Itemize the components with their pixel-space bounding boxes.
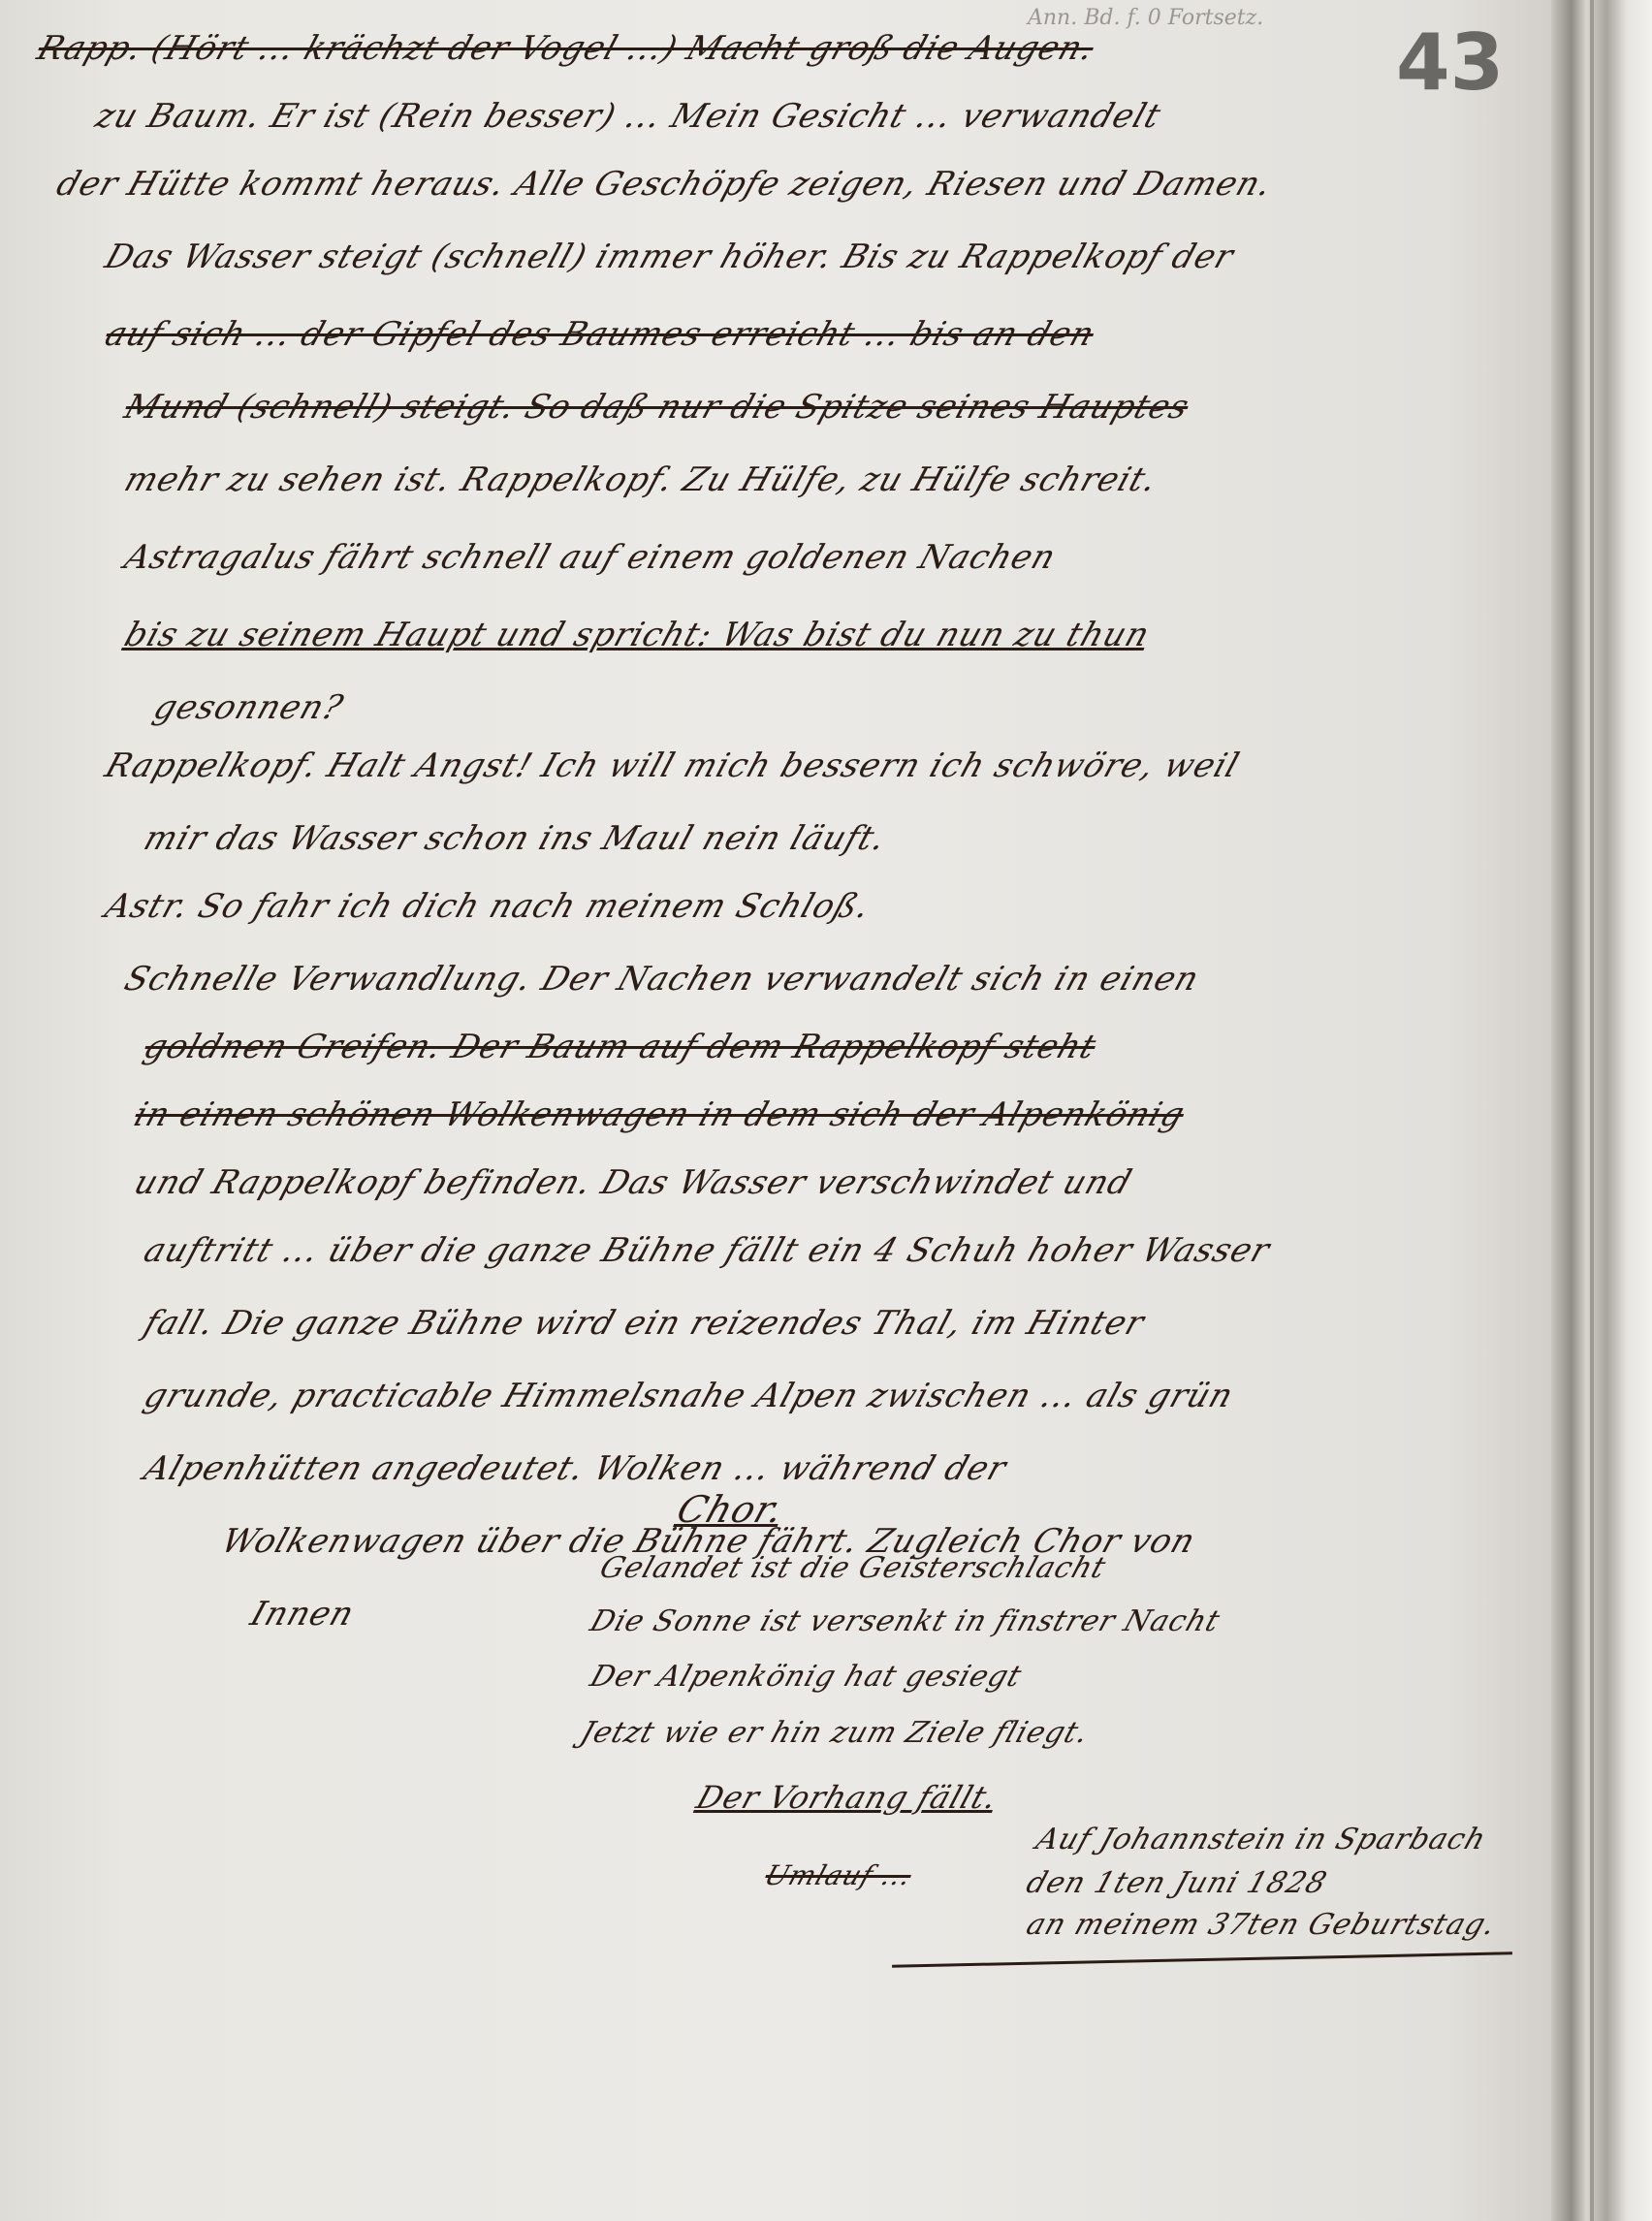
struck-word: Umlauf ... xyxy=(761,1859,917,1891)
manuscript-line: bis zu seinem Haupt und spricht: Was bis… xyxy=(120,616,1156,654)
folio-number: 43 xyxy=(1396,17,1504,108)
manuscript-line: auf sich ... der Gipfel des Baumes errei… xyxy=(101,315,1100,354)
chorus-line: Jetzt wie er hin zum Ziele fliegt. xyxy=(576,1716,1094,1750)
chorus-line: Gelandet ist die Geisterschlacht xyxy=(595,1551,1110,1585)
manuscript-line: Das Wasser steigt (schnell) immer höher.… xyxy=(101,238,1239,276)
manuscript-line: Rapp. (Hört ... krächzt der Vogel ...) M… xyxy=(33,29,1100,68)
manuscript-line: Mund (schnell) steigt. So daß nur die Sp… xyxy=(120,388,1194,427)
manuscript-line: der Hütte kommt heraus. Alle Geschöpfe z… xyxy=(52,165,1278,204)
chorus-line: Die Sonne ist versenkt in finstrer Nacht xyxy=(586,1604,1224,1638)
manuscript-line: und Rappelkopf befinden. Das Wasser vers… xyxy=(130,1163,1137,1202)
pencil-annotation: Ann. Bd. f. 0 Fortsetz. xyxy=(1028,6,1263,30)
colophon-line: den 1ten Juni 1828 xyxy=(1022,1866,1331,1900)
manuscript-line: Astr. So fahr ich dich nach meinem Schlo… xyxy=(101,887,875,926)
manuscript-line: Innen xyxy=(246,1595,360,1634)
manuscript-line: Astragalus fährt schnell auf einem golde… xyxy=(120,538,1062,577)
manuscript-line: in einen schönen Wolkenwagen in dem sich… xyxy=(130,1095,1191,1134)
chorus-line: Der Alpenkönig hat gesiegt xyxy=(586,1660,1026,1694)
manuscript-line: gesonnen? xyxy=(149,688,349,727)
manuscript-line: goldnen Greifen. Der Baum auf dem Rappel… xyxy=(140,1028,1102,1066)
manuscript-line: mehr zu sehen ist. Rappelkopf. Zu Hülfe,… xyxy=(120,460,1163,499)
manuscript-line: grunde, practicable Himmelsnahe Alpen zw… xyxy=(140,1377,1239,1415)
page-edge-shadow xyxy=(1590,0,1594,2221)
manuscript-line: zu Baum. Er ist (Rein besser) ... Mein G… xyxy=(91,97,1166,136)
manuscript-line: Rappelkopf. Halt Angst! Ich will mich be… xyxy=(101,746,1245,785)
manuscript-line: mir das Wasser schon ins Maul nein läuft… xyxy=(140,819,892,858)
manuscript-line: fall. Die ganze Bühne wird ein reizendes… xyxy=(140,1304,1150,1343)
chorus-heading: Chor. xyxy=(672,1488,790,1531)
manuscript-line: Schnelle Verwandlung. Der Nachen verwand… xyxy=(120,960,1205,999)
stage-direction-curtain: Der Vorhang fällt. xyxy=(692,1779,1003,1816)
manuscript-line: auftritt ... über die ganze Bühne fällt … xyxy=(140,1231,1276,1270)
manuscript-line: Alpenhütten angedeutet. Wolken ... währe… xyxy=(140,1449,1012,1488)
page-edge-stack xyxy=(1551,0,1652,2221)
colophon-line: an meinem 37ten Geburtstag. xyxy=(1022,1908,1501,1942)
colophon-line: Auf Johannstein in Sparbach xyxy=(1032,1823,1490,1856)
